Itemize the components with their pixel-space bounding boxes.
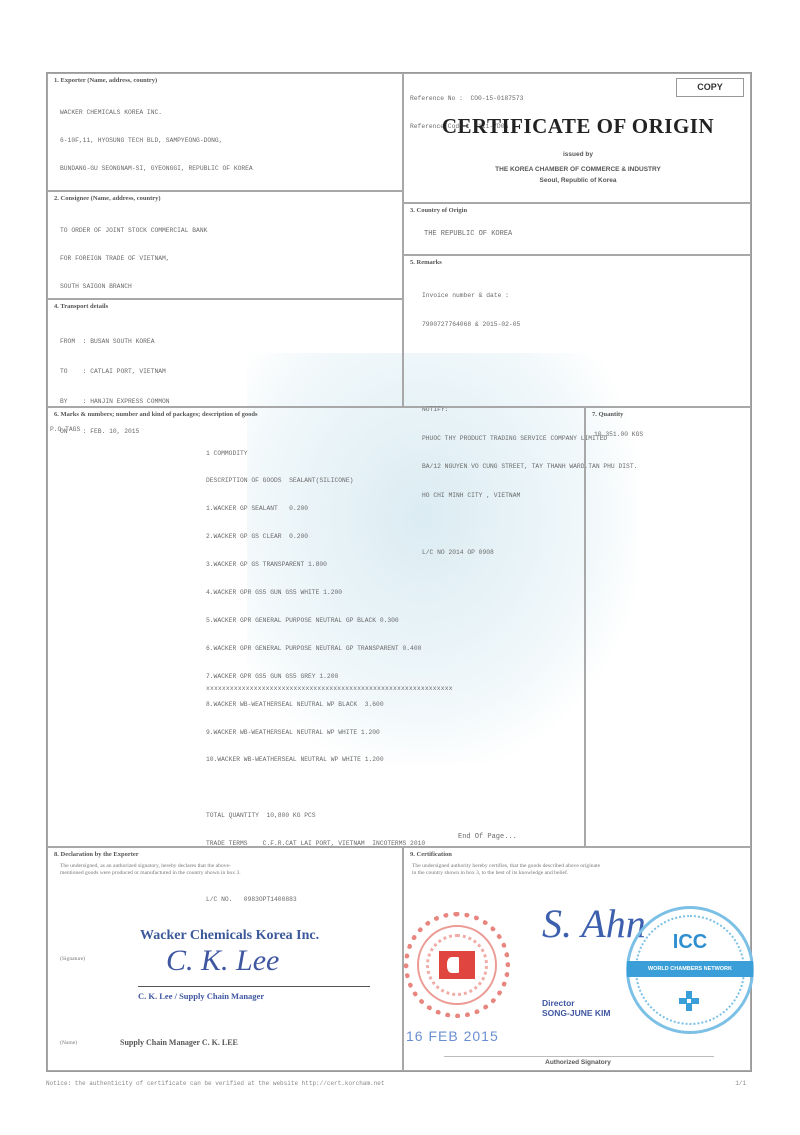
exporter-line: BUNDANG-GU SEONGNAM-SI, GYEONGGI, REPUBL… [60,164,253,173]
company-name-stamp: Wacker Chemicals Korea Inc. [140,928,319,944]
remarks-line [422,377,637,387]
name-label: (Name) [60,1040,77,1047]
remarks-line [422,348,637,358]
goods-line: 2.WACKER GP GS CLEAR 0.200 [206,532,425,541]
footer-notice: Notice: the authenticity of certificate … [46,1080,384,1087]
exporter-box: 1. Exporter (Name, address, country) WAC… [47,73,403,191]
certifier-info: Director SONG-JUNE KIM [542,998,610,1018]
consignee-line: SOUTH SAIGON BRANCH [60,282,207,291]
icc-banner: WORLD CHAMBERS NETWORK [627,961,753,977]
chamber-logo-icon [439,951,475,979]
goods-line: 1 COMMODITY [206,449,425,458]
remarks-line: Invoice number & date : [422,291,637,301]
certification-text-line: in the country shown in box 3, to the be… [412,870,600,877]
chamber-seal-stamp [404,912,510,1018]
remarks-label: 5. Remarks [410,259,442,266]
goods-line: 1.WACKER GP SEALANT 0.200 [206,504,425,513]
end-of-page: End Of Page... [458,833,517,842]
consignee-line: FOR FOREIGN TRADE OF VIETNAM, [60,254,207,263]
icc-stamp: ICC WORLD CHAMBERS NETWORK [626,906,754,1034]
transport-line: FROM : BUSAN SOUTH KOREA [60,337,170,347]
issuer-location: Seoul, Republic of Korea [404,177,752,184]
authorized-signatory-label: Authorized Signatory [404,1059,752,1066]
country-of-origin-box: 3. Country of Origin THE REPUBLIC OF KOR… [403,203,751,255]
icc-label: ICC [629,931,751,954]
goods-line [206,783,425,792]
director-name: SONG-JUNE KIM [542,1008,610,1018]
goods-line: 8.WACKER WB-WEATHERSEAL NEUTRAL WP BLACK… [206,700,425,709]
certification-label: 9. Certification [410,851,452,858]
goods-marks: P.O.TAGS [50,425,80,434]
consignee-line: TO ORDER OF JOINT STOCK COMMERCIAL BANK [60,226,207,235]
goods-line: 3.WACKER GP GS TRANSPARENT 1.800 [206,560,425,569]
stamp-date: 16 FEB 2015 [406,1028,499,1044]
goods-separator: xxxxxxxxxxxxxxxxxxxxxxxxxxxxxxxxxxxxxxxx… [206,684,453,693]
declaration-box: 8. Declaration by the Exporter The under… [47,847,403,1071]
goods-line: 4.WACKER GPR GS5 GUN GS5 WHITE 1.200 [206,588,425,597]
exporter-line: 6-10F,11, HYOSUNG TECH BLD, SAMPYEONG-DO… [60,136,253,145]
certification-text-line: The undersigned authority hereby certifi… [412,863,600,870]
country-of-origin-value: THE REPUBLIC OF KOREA [424,230,512,239]
signature-label: (Signature) [60,956,85,963]
header-box: Reference No : CO0-15-0187573 Reference … [403,73,751,203]
certificate-page: 1. Exporter (Name, address, country) WAC… [46,72,752,1072]
footer: Notice: the authenticity of certificate … [46,1080,752,1087]
exporter-signature: C. K. Lee [166,944,279,978]
reference-no: CO0-15-0187573 [470,95,523,102]
certification-box: 9. Certification The undersigned authori… [403,847,751,1071]
transport-line: TO : CATLAI PORT, VIETNAM [60,367,170,377]
transport-box: 4. Transport details FROM : BUSAN SOUTH … [47,299,403,407]
certification-text: The undersigned authority hereby certifi… [412,863,600,877]
declaration-label: 8. Declaration by the Exporter [54,851,139,858]
signature-line [138,986,370,987]
goods-line: 9.WACKER WB-WEATHERSEAL NEUTRAL WP WHITE… [206,728,425,737]
transport-label: 4. Transport details [54,303,108,310]
page-number: 1/1 [735,1080,746,1087]
consignee-label: 2. Consignee (Name, address, country) [54,195,161,202]
signatory-name-title: C. K. Lee / Supply Chain Manager [138,991,264,1001]
exporter-label: 1. Exporter (Name, address, country) [54,77,157,84]
goods-line: DESCRIPTION OF GOODS SEALANT(SILICONE) [206,476,425,485]
declaration-text: The undersigned, as an authorized signat… [60,863,241,877]
goods-box: 6. Marks & numbers; number and kind of p… [47,407,585,847]
remarks-box: 5. Remarks Invoice number & date : 79007… [403,255,751,407]
exporter-line: WACKER CHEMICALS KOREA INC. [60,108,253,117]
declaration-text-line: mentioned goods were produced or manufac… [60,870,241,877]
icc-cross-icon [679,991,699,1011]
consignee-details: TO ORDER OF JOINT STOCK COMMERCIAL BANK … [60,208,207,309]
goods-line: 5.WACKER GPR GENERAL PURPOSE NEUTRAL GP … [206,616,425,625]
exporter-details: WACKER CHEMICALS KOREA INC. 6-10F,11, HY… [60,90,253,191]
transport-line: BY : HANJIN EXPRESS COMMON [60,397,170,407]
director-title: Director [542,998,610,1008]
issued-by: issued by [404,151,752,158]
issuer-name: THE KOREA CHAMBER OF COMMERCE & INDUSTRY [404,166,752,173]
goods-line: TOTAL QUANTITY 10,800 KG PCS [206,811,425,820]
quantity-value: 10,351.00 KGS [594,430,643,439]
consignee-box: 2. Consignee (Name, address, country) TO… [47,191,403,299]
remarks-line: 7900727764068 & 2015-02-05 [422,320,637,330]
reference-no-label: Reference No : [410,95,463,102]
country-of-origin-label: 3. Country of Origin [410,207,467,214]
copy-badge: COPY [676,78,744,97]
goods-line: 10.WACKER WB-WEATHERSEAL NEUTRAL WP WHIT… [206,755,425,764]
quantity-box: 7. Quantity 10,351.00 KGS [585,407,751,847]
authorized-signature-line [444,1056,714,1057]
goods-line: 7.WACKER GPR GS5 GUN GS5 GREY 1.200 [206,672,425,681]
declaration-name: Supply Chain Manager C. K. LEE [120,1038,238,1047]
quantity-label: 7. Quantity [592,411,623,418]
goods-label: 6. Marks & numbers; number and kind of p… [54,411,258,418]
declaration-text-line: The undersigned, as an authorized signat… [60,863,241,870]
document-title: CERTIFICATE OF ORIGIN [404,114,752,139]
goods-line: 6.WACKER GPR GENERAL PURPOSE NEUTRAL GP … [206,644,425,653]
